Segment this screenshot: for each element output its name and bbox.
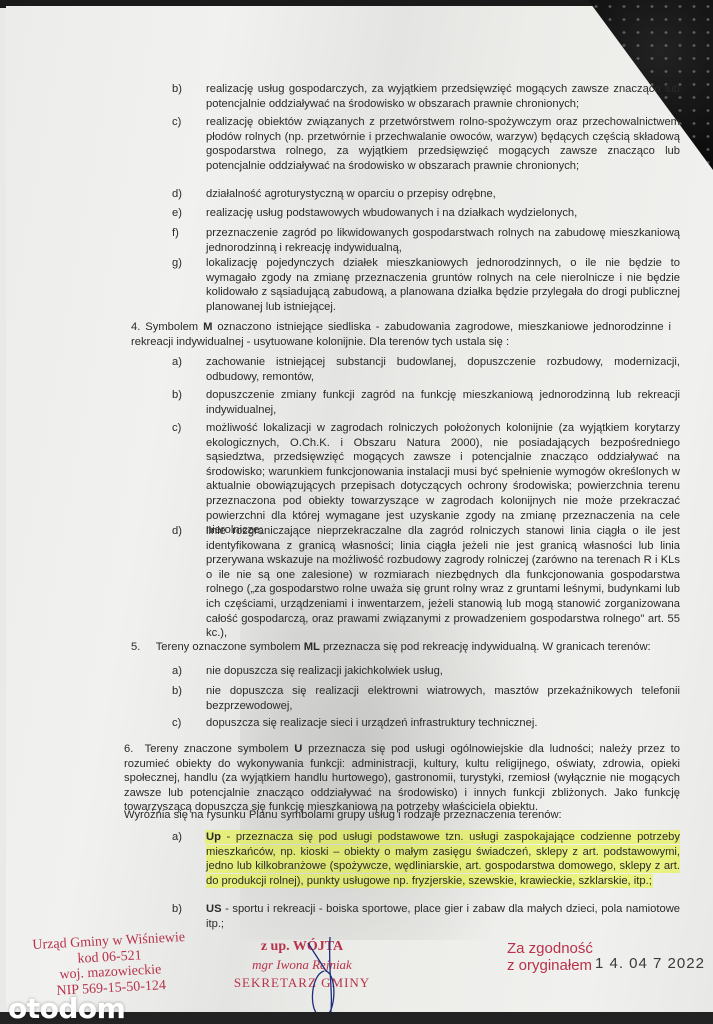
- list-item: b) US - sportu i rekreacji - boiska spor…: [172, 902, 680, 931]
- signature-icon: [300, 935, 350, 1020]
- list-item: a) nie dopuszcza się realizacji jakichko…: [172, 664, 680, 679]
- symbol-m: M: [203, 321, 212, 333]
- item-label: g): [172, 256, 206, 314]
- certification-stamp: Za zgodność z oryginałem: [507, 940, 593, 974]
- list-item: a) zachowanie istniejącej substancji bud…: [172, 355, 680, 384]
- list-item-highlighted: a) Up - przeznacza się pod usługi podsta…: [172, 830, 680, 888]
- section-5-heading: 5. Tereny oznaczone symbolem ML przeznac…: [131, 640, 691, 655]
- list-item: f) przeznaczenie zagród po likwidowanych…: [172, 226, 680, 255]
- section-6-subheading: Wyróżnia się na rysunku Planu symbolami …: [124, 808, 680, 823]
- otodom-watermark: otodom: [8, 992, 125, 1024]
- list-item: d) działalność agroturystyczną w oparciu…: [172, 187, 680, 202]
- highlighted-text: Up - przeznacza się pod usługi podstawow…: [206, 831, 680, 887]
- item-text: realizację usług podstawowych wbudowanyc…: [206, 206, 577, 221]
- item-label: b): [172, 82, 206, 111]
- list-item: c) realizację obiektów związanych z prze…: [172, 115, 680, 173]
- list-item: b) dopuszczenie zmiany funkcji zagród na…: [172, 388, 680, 417]
- item-label: c): [172, 115, 206, 173]
- list-item: d) linie rozgraniczające nieprzekraczaln…: [172, 524, 680, 641]
- symbol-us: US: [206, 903, 222, 915]
- section-4-heading: 4. Symbolem M oznaczono istniejące siedl…: [131, 320, 671, 349]
- item-text: lokalizację pojedynczych działek mieszka…: [206, 256, 680, 314]
- office-stamp: Urząd Gminy w Wiśniewie kod 06-521 woj. …: [28, 930, 191, 1000]
- item-label: d): [172, 187, 206, 202]
- list-item: b) nie dopuszcza się realizacji elektrow…: [172, 684, 680, 713]
- item-text: przeznaczenie zagród po likwidowanych go…: [206, 226, 680, 255]
- symbol-ml: ML: [304, 641, 320, 653]
- list-item: c) możliwość lokalizacji w zagrodach rol…: [172, 421, 680, 538]
- document-content: b) realizację usług gospodarczych, za wy…: [0, 0, 713, 1024]
- symbol-up: Up: [206, 831, 221, 843]
- list-item: c) dopuszcza się realizacje sieci i urzą…: [172, 716, 680, 731]
- item-label: e): [172, 206, 206, 221]
- list-item: b) realizację usług gospodarczych, za wy…: [172, 82, 680, 111]
- item-text: realizację usług gospodarczych, za wyjąt…: [206, 82, 680, 111]
- item-label: f): [172, 226, 206, 255]
- item-text: działalność agroturystyczną w oparciu o …: [206, 187, 496, 202]
- section-6-heading: 6. Tereny znaczone symbolem U przeznacza…: [124, 742, 680, 815]
- item-text: realizację obiektów związanych z przetwó…: [206, 115, 680, 173]
- date-stamp: 1 4. 04 7 2022: [595, 957, 705, 972]
- list-item: e) realizację usług podstawowych wbudowa…: [172, 206, 680, 221]
- list-item: g) lokalizację pojedynczych działek mies…: [172, 256, 680, 314]
